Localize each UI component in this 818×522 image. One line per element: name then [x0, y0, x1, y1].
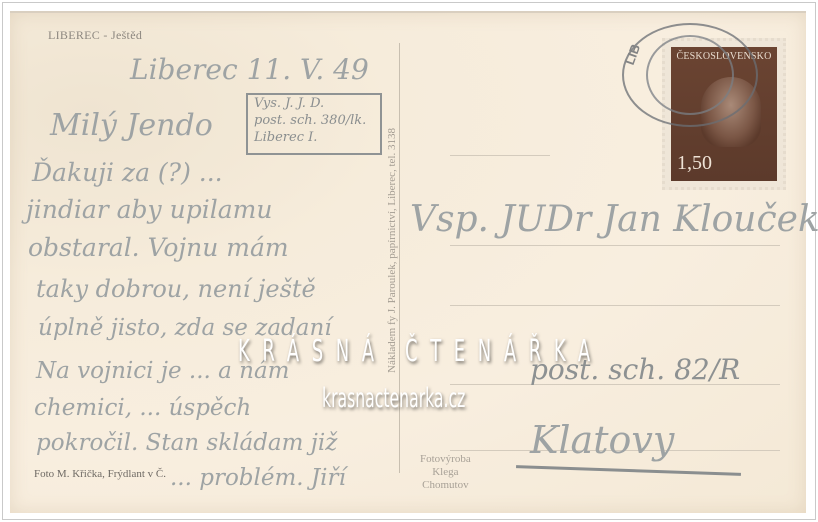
address-line: Vsp. JUDr Jan Klouček, — [410, 199, 818, 240]
message-line: Milý Jendo — [50, 108, 213, 143]
address-rule — [450, 305, 780, 306]
stamp-value: 1,50 — [677, 152, 712, 175]
sender-address-box: Vys. J. J. D. post. sch. 380/lk. Liberec… — [246, 93, 382, 155]
address-rule — [450, 245, 780, 246]
photo-credit: Foto M. Křička, Frýdlant v Č. — [34, 468, 166, 480]
producer-line: Klega — [420, 466, 471, 479]
producer-line: Chomutov — [420, 479, 471, 492]
message-line: pokročil. Stan skládam již — [36, 430, 337, 456]
address-rule — [450, 155, 550, 156]
message-line: ... problém. Jiří — [170, 465, 346, 491]
sender-line: Liberec I. — [248, 129, 380, 146]
postmark-text: LIB — [622, 42, 643, 67]
message-line: Liberec 11. V. 49 — [130, 53, 369, 86]
watermark-url: krasnactenarka.cz — [322, 383, 465, 414]
message-line: chemici, ... úspěch — [34, 395, 251, 421]
postcard: LIBEREC - Ještěd Nákladem fy J. Paroulek… — [10, 11, 806, 513]
message-line: taky dobrou, není ještě — [36, 275, 316, 303]
address-underline — [516, 465, 741, 476]
watermark-title: KRÁSNÁ ČTENÁŘKA — [238, 334, 603, 369]
address-line: Klatovy — [530, 418, 674, 462]
printed-title: LIBEREC - Ještěd — [48, 28, 142, 43]
postmark: LIB — [622, 23, 758, 127]
sender-line: Vys. J. J. D. — [248, 95, 380, 112]
sender-line: post. sch. 380/lk. — [248, 112, 380, 129]
message-line: Ďakuji za (?) ... — [32, 158, 223, 187]
producer-line: Fotovýroba — [420, 453, 471, 466]
message-line: obstaral. Vojnu mám — [28, 233, 289, 262]
producer-imprint: Fotovýroba Klega Chomutov — [420, 453, 471, 492]
message-line: jindiar aby upilamu — [26, 195, 272, 224]
postmark-inner-ring — [646, 35, 734, 115]
